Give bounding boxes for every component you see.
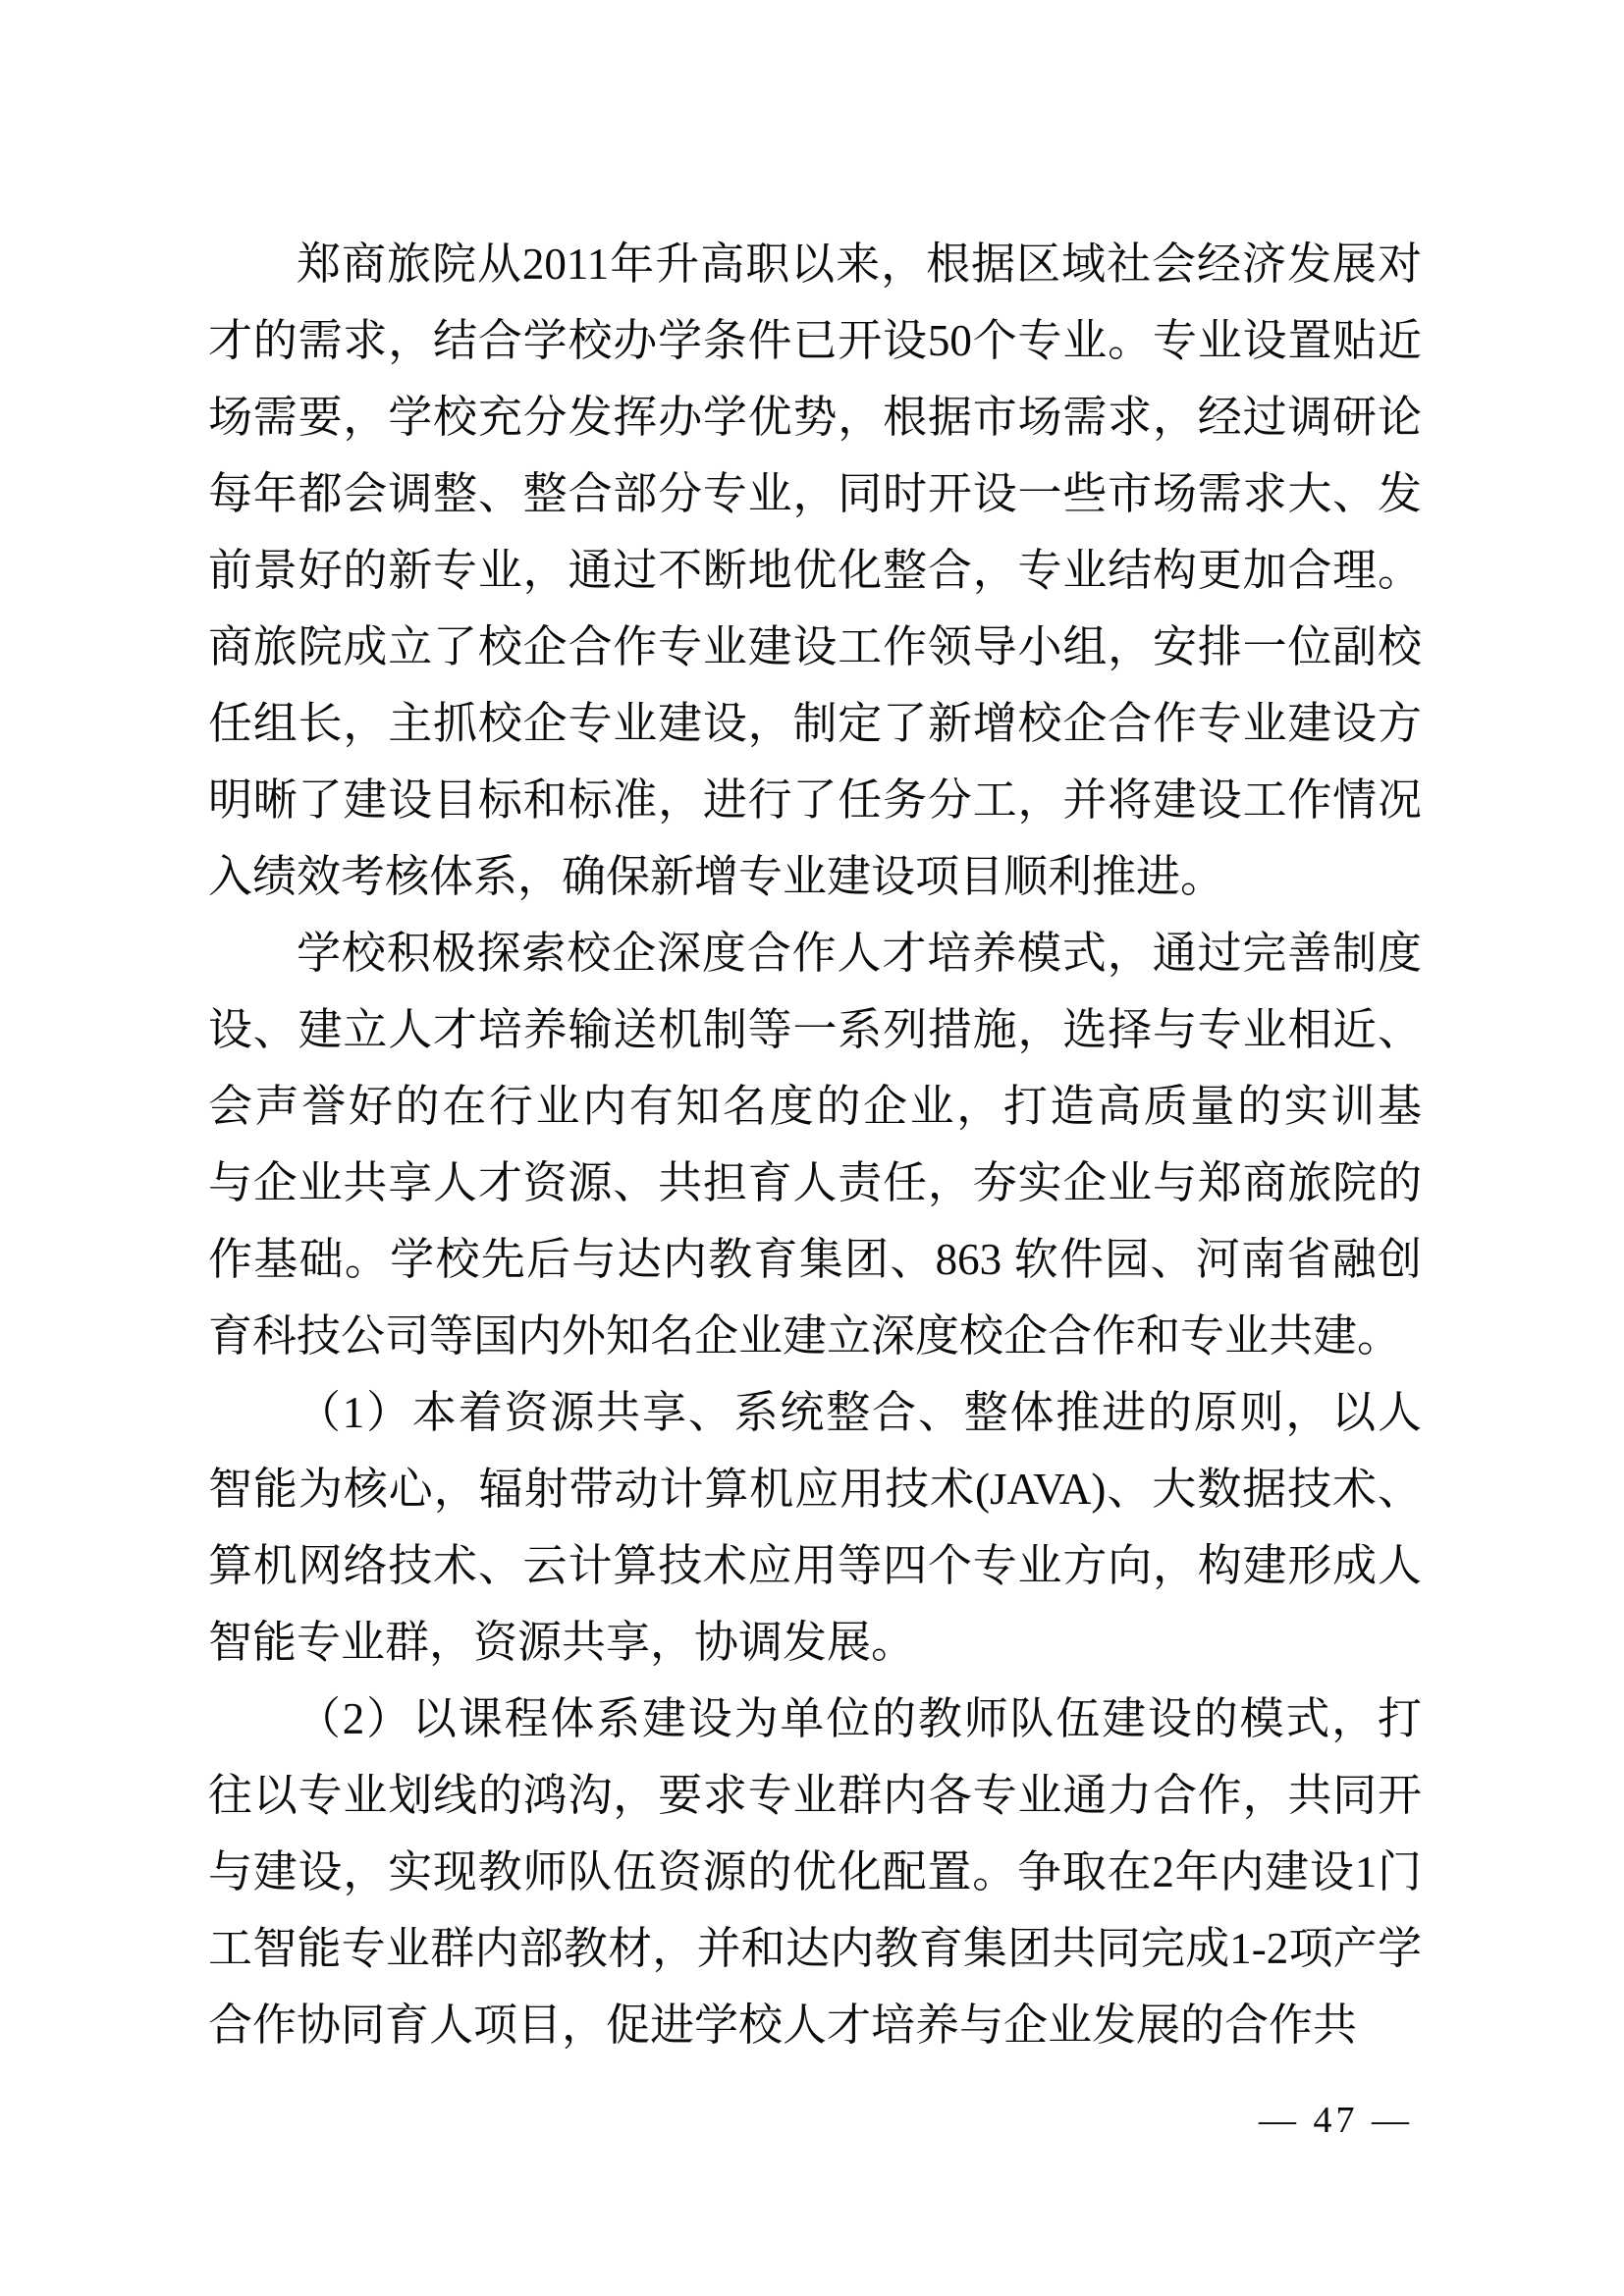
- text-line: 与建设，实现教师队伍资源的优化配置。争取在2年内建设1门人: [208, 1834, 1422, 1910]
- text-line: 与企业共享人才资源、共担育人责任，夯实企业与郑商旅院的合: [208, 1145, 1422, 1221]
- text-line: 每年都会调整、整合部分专业，同时开设一些市场需求大、发展: [208, 455, 1422, 532]
- text-line: 学校积极探索校企深度合作人才培养模式，通过完善制度建: [208, 915, 1422, 991]
- text-line: （2）以课程体系建设为单位的教师队伍建设的模式，打破既: [208, 1681, 1422, 1757]
- paragraph-2: 学校积极探索校企深度合作人才培养模式，通过完善制度建 设、建立人才培养输送机制等…: [208, 915, 1422, 1374]
- page-number: — 47 —: [1259, 2097, 1435, 2144]
- text-line: 任组长，主抓校企专业建设，制定了新增校企合作专业建设方案，: [208, 685, 1422, 762]
- text-line: 智能为核心，辐射带动计算机应用技术(JAVA)、大数据技术、计: [208, 1451, 1422, 1527]
- text-line: 前景好的新专业，通过不断地优化整合，专业结构更加合理。郑: [208, 532, 1422, 609]
- paragraph-1: 郑商旅院从2011年升高职以来，根据区域社会经济发展对人 才的需求，结合学校办学…: [208, 226, 1422, 915]
- paragraph-3: （1）本着资源共享、系统整合、整体推进的原则，以人工 智能为核心，辐射带动计算机…: [208, 1374, 1422, 1681]
- document-page: 郑商旅院从2011年升高职以来，根据区域社会经济发展对人 才的需求，结合学校办学…: [0, 0, 1624, 2296]
- text-line: 算机网络技术、云计算技术应用等四个专业方向，构建形成人工: [208, 1527, 1422, 1604]
- text-line: 明晰了建设目标和标准，进行了任务分工，并将建设工作情况纳: [208, 762, 1422, 838]
- text-line: 会声誉好的在行业内有知名度的企业，打造高质量的实训基地，: [208, 1068, 1422, 1145]
- text-line: 合作协同育人项目，促进学校人才培养与企业发展的合作共赢。: [208, 1987, 1422, 2063]
- text-line: 场需要，学校充分发挥办学优势，根据市场需求，经过调研论证，: [208, 379, 1422, 455]
- text-line: 工智能专业群内部教材，并和达内教育集团共同完成1-2项产学: [208, 1910, 1422, 1987]
- text-line: 商旅院成立了校企合作专业建设工作领导小组，安排一位副校长: [208, 609, 1422, 685]
- text-line: 作基础。学校先后与达内教育集团、863 软件园、河南省融创教: [208, 1221, 1422, 1298]
- text-line: 郑商旅院从2011年升高职以来，根据区域社会经济发展对人: [208, 226, 1422, 302]
- text-line: 智能专业群，资源共享，协调发展。: [208, 1604, 1422, 1681]
- text-line: 往以专业划线的鸿沟，要求专业群内各专业通力合作，共同开发: [208, 1757, 1422, 1834]
- text-line: 育科技公司等国内外知名企业建立深度校企合作和专业共建。: [208, 1298, 1422, 1374]
- text-line: 设、建立人才培养输送机制等一系列措施，选择与专业相近、社: [208, 991, 1422, 1068]
- document-text-block: 郑商旅院从2011年升高职以来，根据区域社会经济发展对人 才的需求，结合学校办学…: [208, 226, 1422, 2063]
- text-line: （1）本着资源共享、系统整合、整体推进的原则，以人工: [208, 1374, 1422, 1451]
- paragraph-4: （2）以课程体系建设为单位的教师队伍建设的模式，打破既 往以专业划线的鸿沟，要求…: [208, 1681, 1422, 2063]
- text-line: 入绩效考核体系，确保新增专业建设项目顺利推进。: [208, 838, 1422, 915]
- text-line: 才的需求，结合学校办学条件已开设50个专业。专业设置贴近市: [208, 302, 1422, 379]
